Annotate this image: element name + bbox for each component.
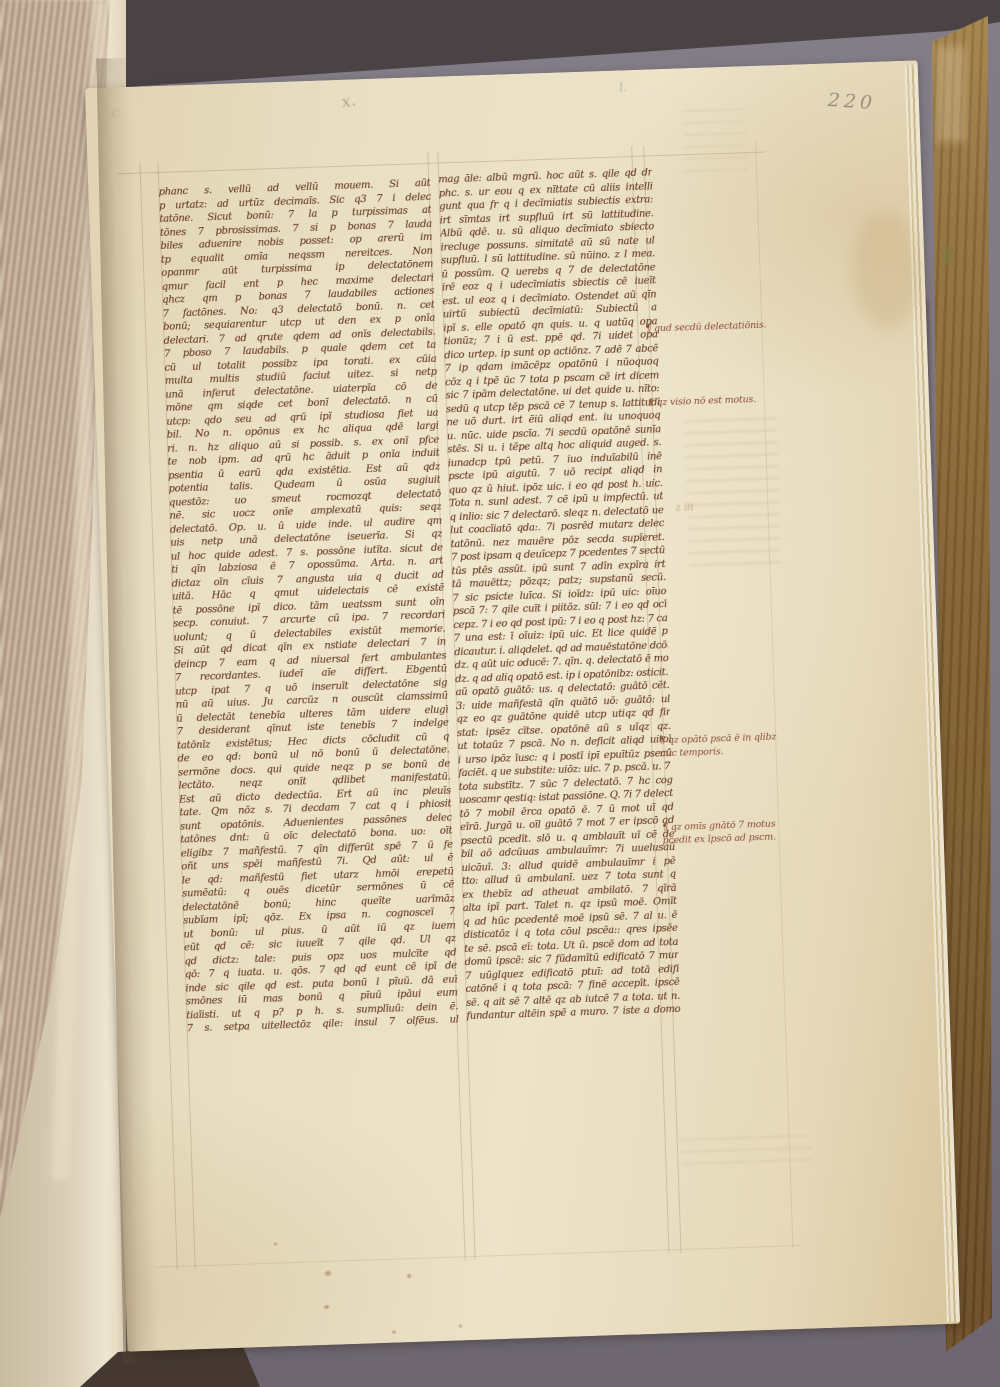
marginal-note: ¶ qz visio nō est motus. (648, 391, 823, 410)
marginal-note-line: ¶ qz visio nō est motus. (648, 391, 823, 410)
folio-number: 220 (827, 89, 877, 114)
stain (407, 1274, 411, 1278)
quire-mark-l: l. (618, 80, 628, 95)
marginal-note: ¶ qud secdū delectatiōnis. (645, 317, 820, 336)
marginal-note: ¶ qz omīs gnātō 7 motus pcedit ex īpscō … (662, 815, 838, 847)
bleed-through (682, 106, 748, 172)
manuscript-page: phanc s. vellū ad vellū mouem. Si aūtp u… (85, 60, 960, 1351)
ruling-line (118, 152, 766, 175)
stain (392, 1331, 396, 1334)
stain (274, 1243, 277, 1246)
text-column-right: mag āle: albū mgrū. hoc aūt s. qile qd d… (438, 166, 681, 1023)
bleed-through (680, 1127, 811, 1165)
manuscript-photo: phanc s. vellū ad vellū mouem. Si aūtp u… (0, 0, 1000, 1387)
marginal-note: ¶ qz opātō pscā ē in qlibz nūc temporis. (659, 729, 835, 761)
text-column-left: phanc s. vellū ad vellū mouem. Si aūtp u… (158, 177, 458, 1036)
bleed-through (684, 413, 781, 566)
stain (459, 1324, 462, 1327)
marginal-note-line: ¶ qud secdū delectatiōnis. (645, 317, 820, 336)
ruling-line (755, 142, 793, 1249)
stain (325, 1271, 331, 1276)
quire-mark-x: x. (340, 90, 357, 111)
fore-edge-scuff (936, 46, 966, 142)
stain (324, 1305, 329, 1309)
faint-ink-mark: z iii (675, 502, 693, 514)
ruling-line (155, 1245, 803, 1268)
